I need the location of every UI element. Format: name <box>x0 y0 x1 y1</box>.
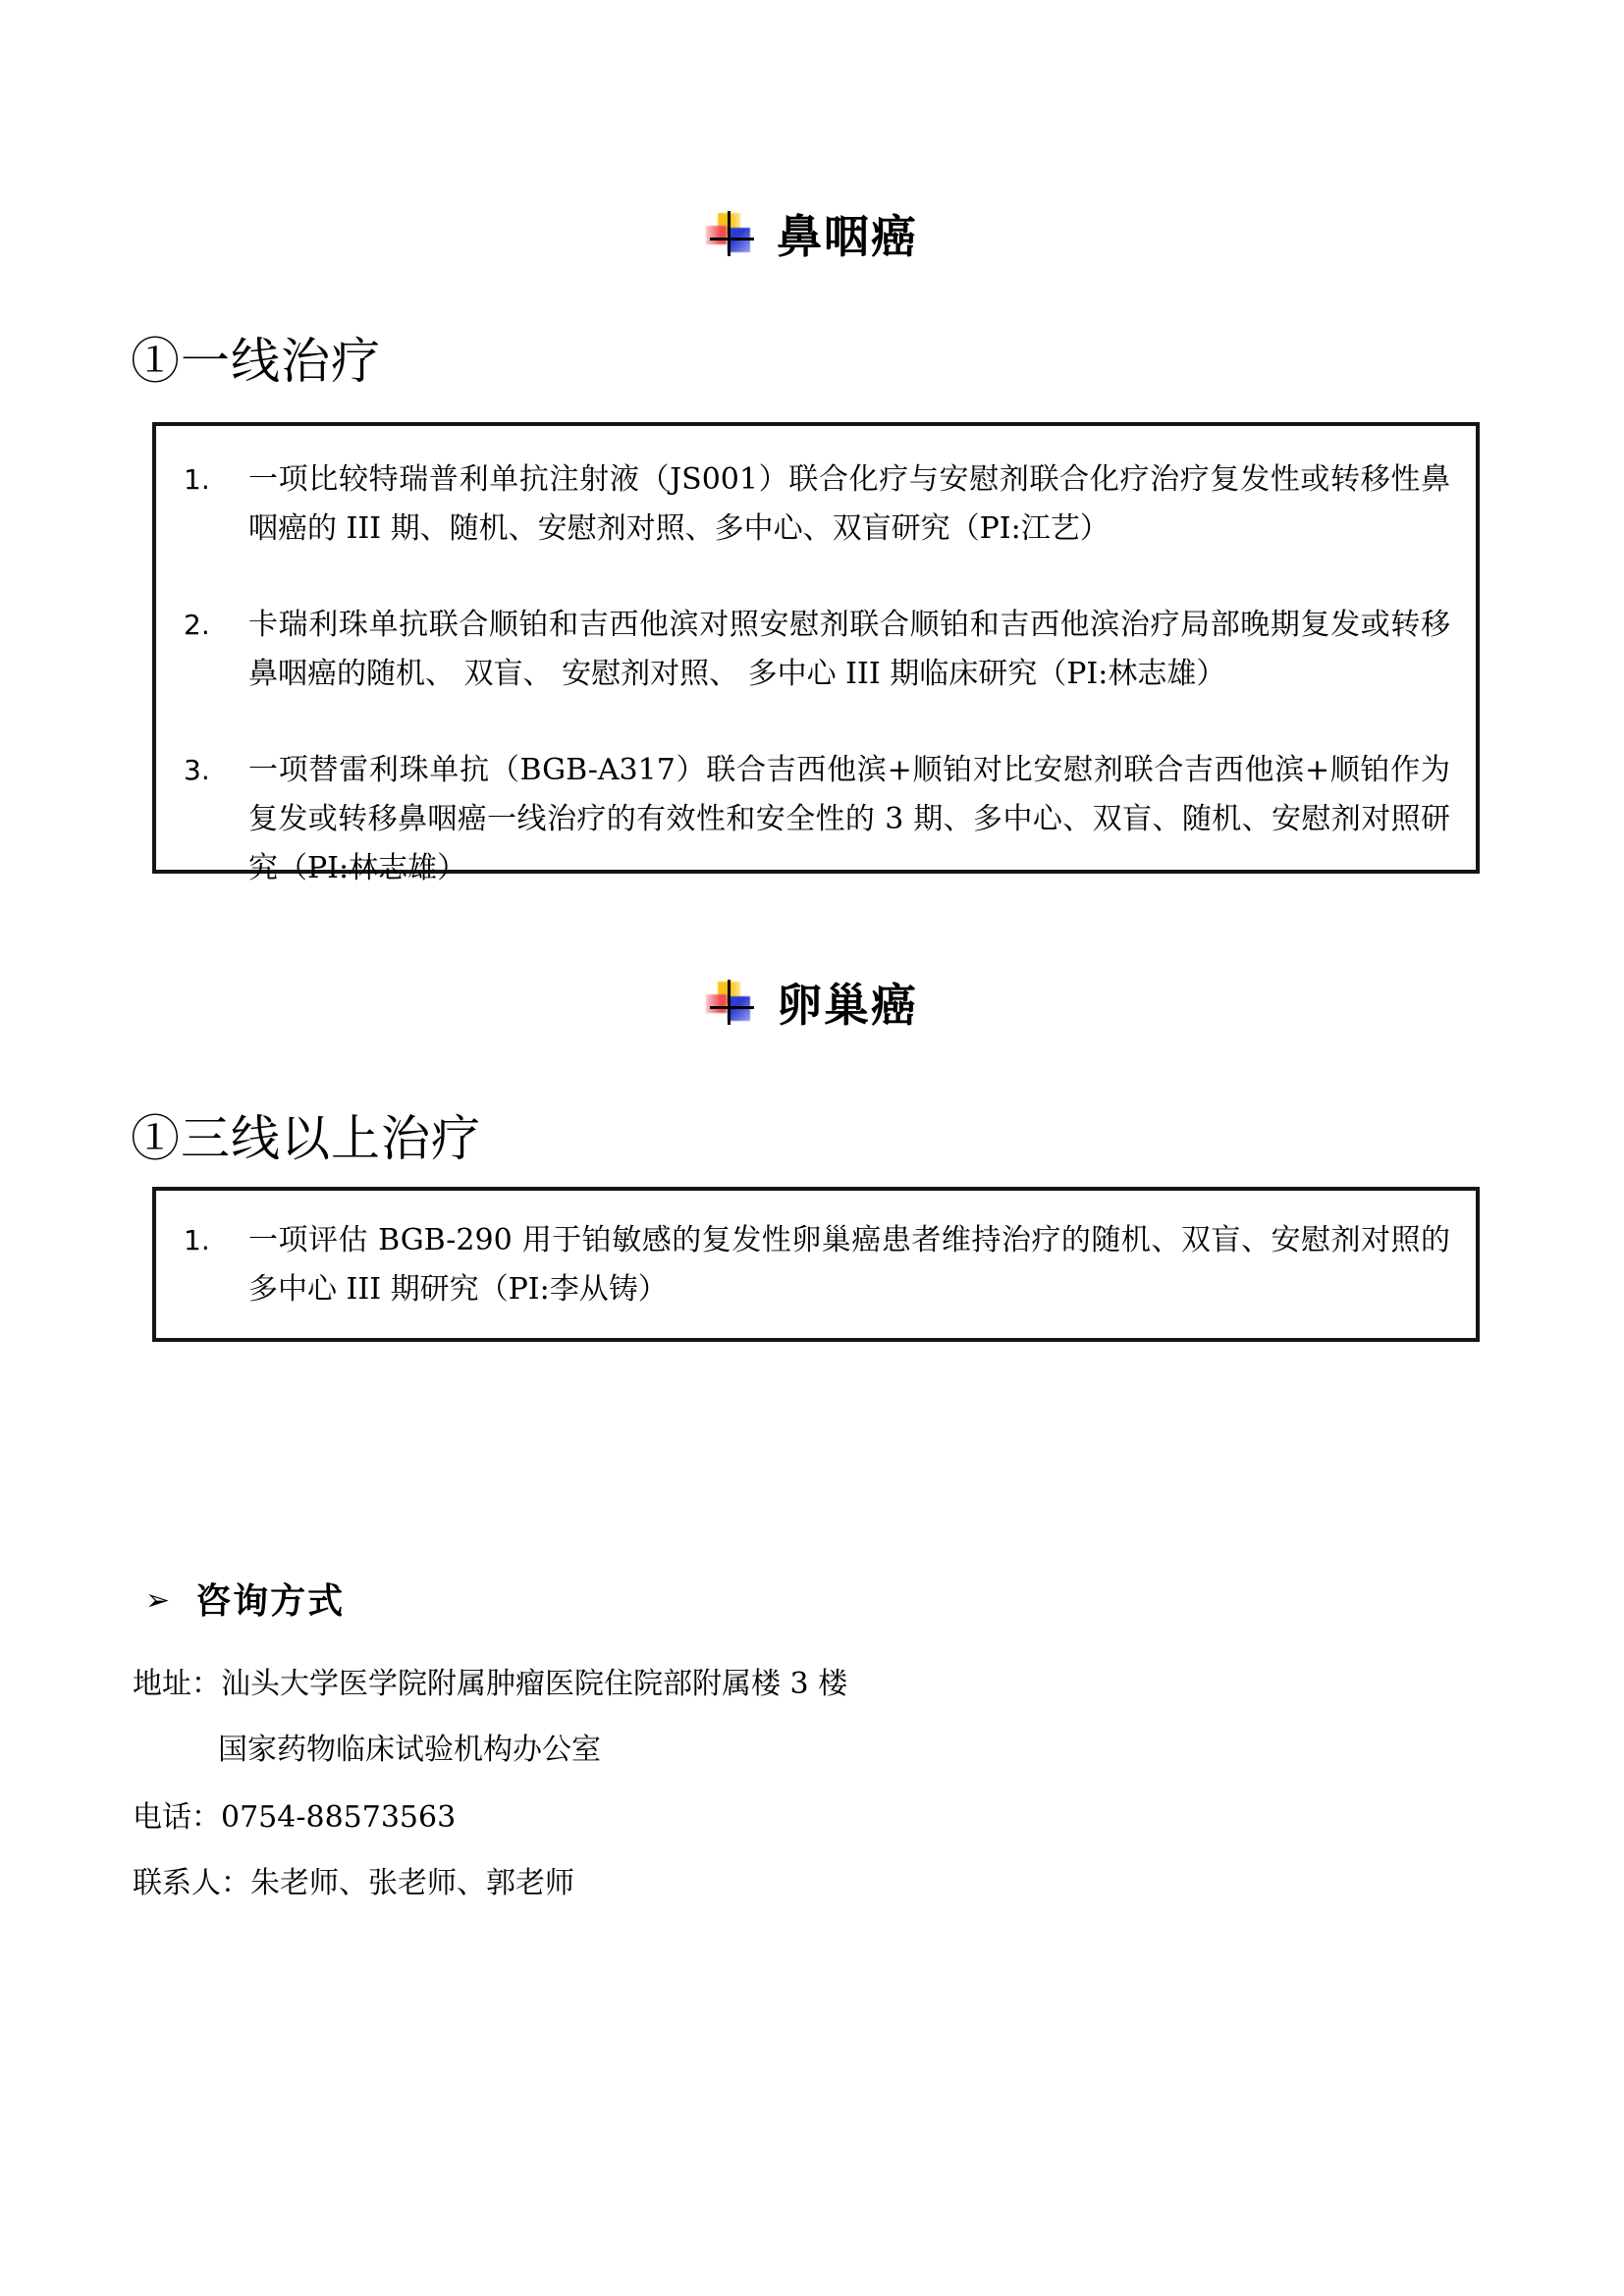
icon-red-square <box>706 994 727 1013</box>
trial-item: 3. 一项替雷利珠单抗（BGB-A317）联合吉西他滨+顺铂对比安慰剂联合吉西他… <box>180 746 1452 893</box>
item-text: 卡瑞利珠单抗联合顺铂和吉西他滨对照安慰剂联合顺铂和吉西他滨治疗局部晚期复发或转移… <box>248 601 1452 699</box>
item-number: 2. <box>180 601 248 699</box>
item-number: 1. <box>180 1216 248 1314</box>
section-title-nasopharyngeal: 鼻咽癌 <box>0 201 1624 266</box>
section-title-text: 鼻咽癌 <box>777 201 918 266</box>
item-number: 3. <box>180 746 248 893</box>
icon-cross-horizontal <box>710 238 754 240</box>
item-text: 一项替雷利珠单抗（BGB-A317）联合吉西他滨+顺铂对比安慰剂联合吉西他滨+顺… <box>248 746 1452 893</box>
colored-cross-icon <box>706 211 755 256</box>
icon-cross-horizontal <box>710 1006 754 1009</box>
contact-address-line2: 国家药物临床试验机构办公室 <box>218 1730 601 1771</box>
icon-red-square <box>706 226 727 244</box>
item-text: 一项比较特瑞普利单抗注射液（JS001）联合化疗与安慰剂联合化疗治疗复发性或转移… <box>248 455 1452 554</box>
section-title-ovarian: 卵巢癌 <box>0 970 1624 1035</box>
document-page: 鼻咽癌 ①一线治疗 1. 一项比较特瑞普利单抗注射液（JS001）联合化疗与安慰… <box>0 0 1624 2296</box>
item-number: 1. <box>180 455 248 554</box>
trial-item: 2. 卡瑞利珠单抗联合顺铂和吉西他滨对照安慰剂联合顺铂和吉西他滨治疗局部晚期复发… <box>180 601 1452 699</box>
contact-persons-line: 联系人：朱老师、张老师、郭老师 <box>133 1863 574 1904</box>
contact-phone-line: 电话：0754-88573563 <box>133 1797 456 1839</box>
section-title-text: 卵巢癌 <box>777 970 918 1035</box>
trial-item: 1. 一项比较特瑞普利单抗注射液（JS001）联合化疗与安慰剂联合化疗治疗复发性… <box>180 455 1452 554</box>
icon-cross-vertical <box>728 211 731 256</box>
contact-section-heading: ➢ 咨询方式 <box>145 1574 345 1624</box>
contact-address-line1: 地址：汕头大学医学院附属肿瘤医院住院部附属楼 3 楼 <box>133 1664 847 1705</box>
trial-item: 1. 一项评估 BGB-290 用于铂敏感的复发性卵巢癌患者维持治疗的随机、双盲… <box>180 1216 1452 1314</box>
trial-list-box-ovarian: 1. 一项评估 BGB-290 用于铂敏感的复发性卵巢癌患者维持治疗的随机、双盲… <box>152 1187 1480 1342</box>
icon-cross-vertical <box>728 980 731 1025</box>
arrow-bullet-icon: ➢ <box>145 1586 170 1616</box>
contact-heading-text: 咨询方式 <box>195 1574 345 1624</box>
trial-list-box-nasopharyngeal: 1. 一项比较特瑞普利单抗注射液（JS001）联合化疗与安慰剂联合化疗治疗复发性… <box>152 422 1480 874</box>
subsection-heading-third-line-plus: ①三线以上治疗 <box>131 1099 481 1170</box>
colored-cross-icon <box>706 980 755 1025</box>
subsection-heading-first-line: ①一线治疗 <box>131 322 381 393</box>
item-text: 一项评估 BGB-290 用于铂敏感的复发性卵巢癌患者维持治疗的随机、双盲、安慰… <box>248 1216 1452 1314</box>
